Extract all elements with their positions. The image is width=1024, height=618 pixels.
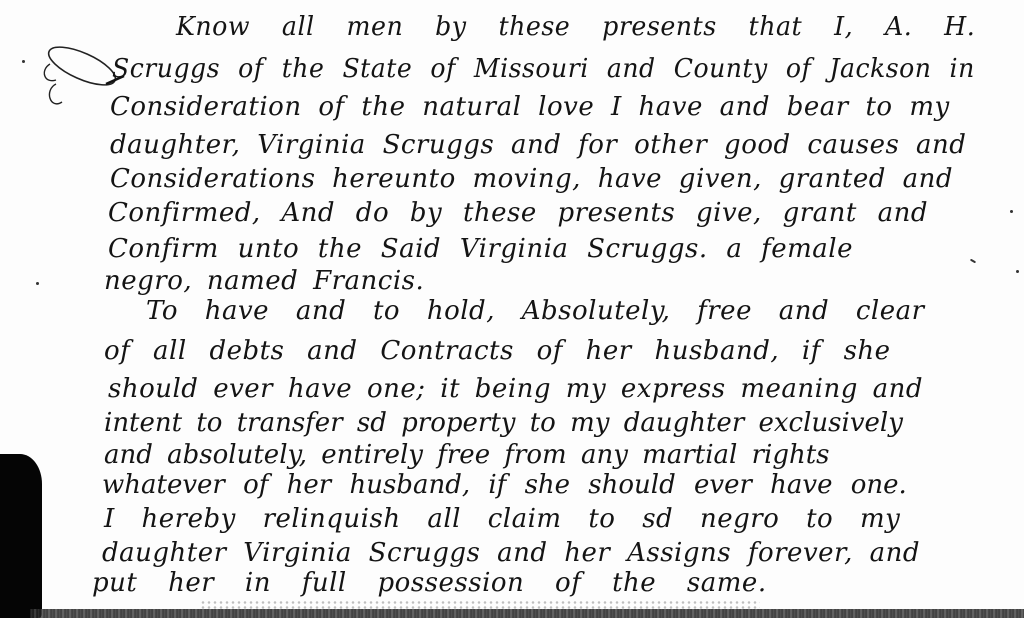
document-page: Know all men by these presents that I, A…: [0, 0, 1024, 618]
text-line-9: To have and to hold, Absolutely, free an…: [146, 296, 925, 326]
text-line-4: daughter, Virginia Scruggs and for other…: [110, 130, 966, 160]
text-line-1: Know all men by these presents that I, A…: [176, 12, 975, 42]
text-line-13: and absolutely, entirely free from any m…: [104, 440, 830, 470]
text-line-2: Scruggs of the State of Missouri and Cou…: [112, 54, 975, 84]
text-line-11: should ever have one; it being my expres…: [108, 374, 923, 404]
text-line-17: put her in full possession of the same.: [92, 568, 767, 598]
text-line-6: Confirmed, And do by these presents give…: [108, 198, 928, 228]
text-line-8: negro, named Francis.: [104, 266, 424, 296]
text-line-7: Confirm unto the Said Virginia Scruggs. …: [108, 234, 853, 264]
text-line-16: daughter Virginia Scruggs and her Assign…: [102, 538, 920, 568]
text-line-15: I hereby relinquish all claim to sd negr…: [104, 504, 900, 534]
text-line-3: Consideration of the natural love I have…: [110, 92, 950, 122]
ink-speck: [22, 60, 25, 63]
text-line-10: of all debts and Contracts of her husban…: [104, 336, 891, 366]
text-line-14: whatever of her husband, if she should e…: [102, 470, 907, 500]
ink-speck: [1010, 210, 1013, 213]
scan-edge-shadow: [0, 454, 42, 618]
ink-speck: [36, 282, 39, 285]
text-line-5: Considerations hereunto moving, have giv…: [110, 164, 953, 194]
scan-bottom-edge: [30, 609, 1024, 618]
text-line-12: intent to transfer sd property to my dau…: [104, 408, 903, 438]
ink-speck: [970, 259, 976, 264]
ink-speck: [1016, 270, 1019, 273]
